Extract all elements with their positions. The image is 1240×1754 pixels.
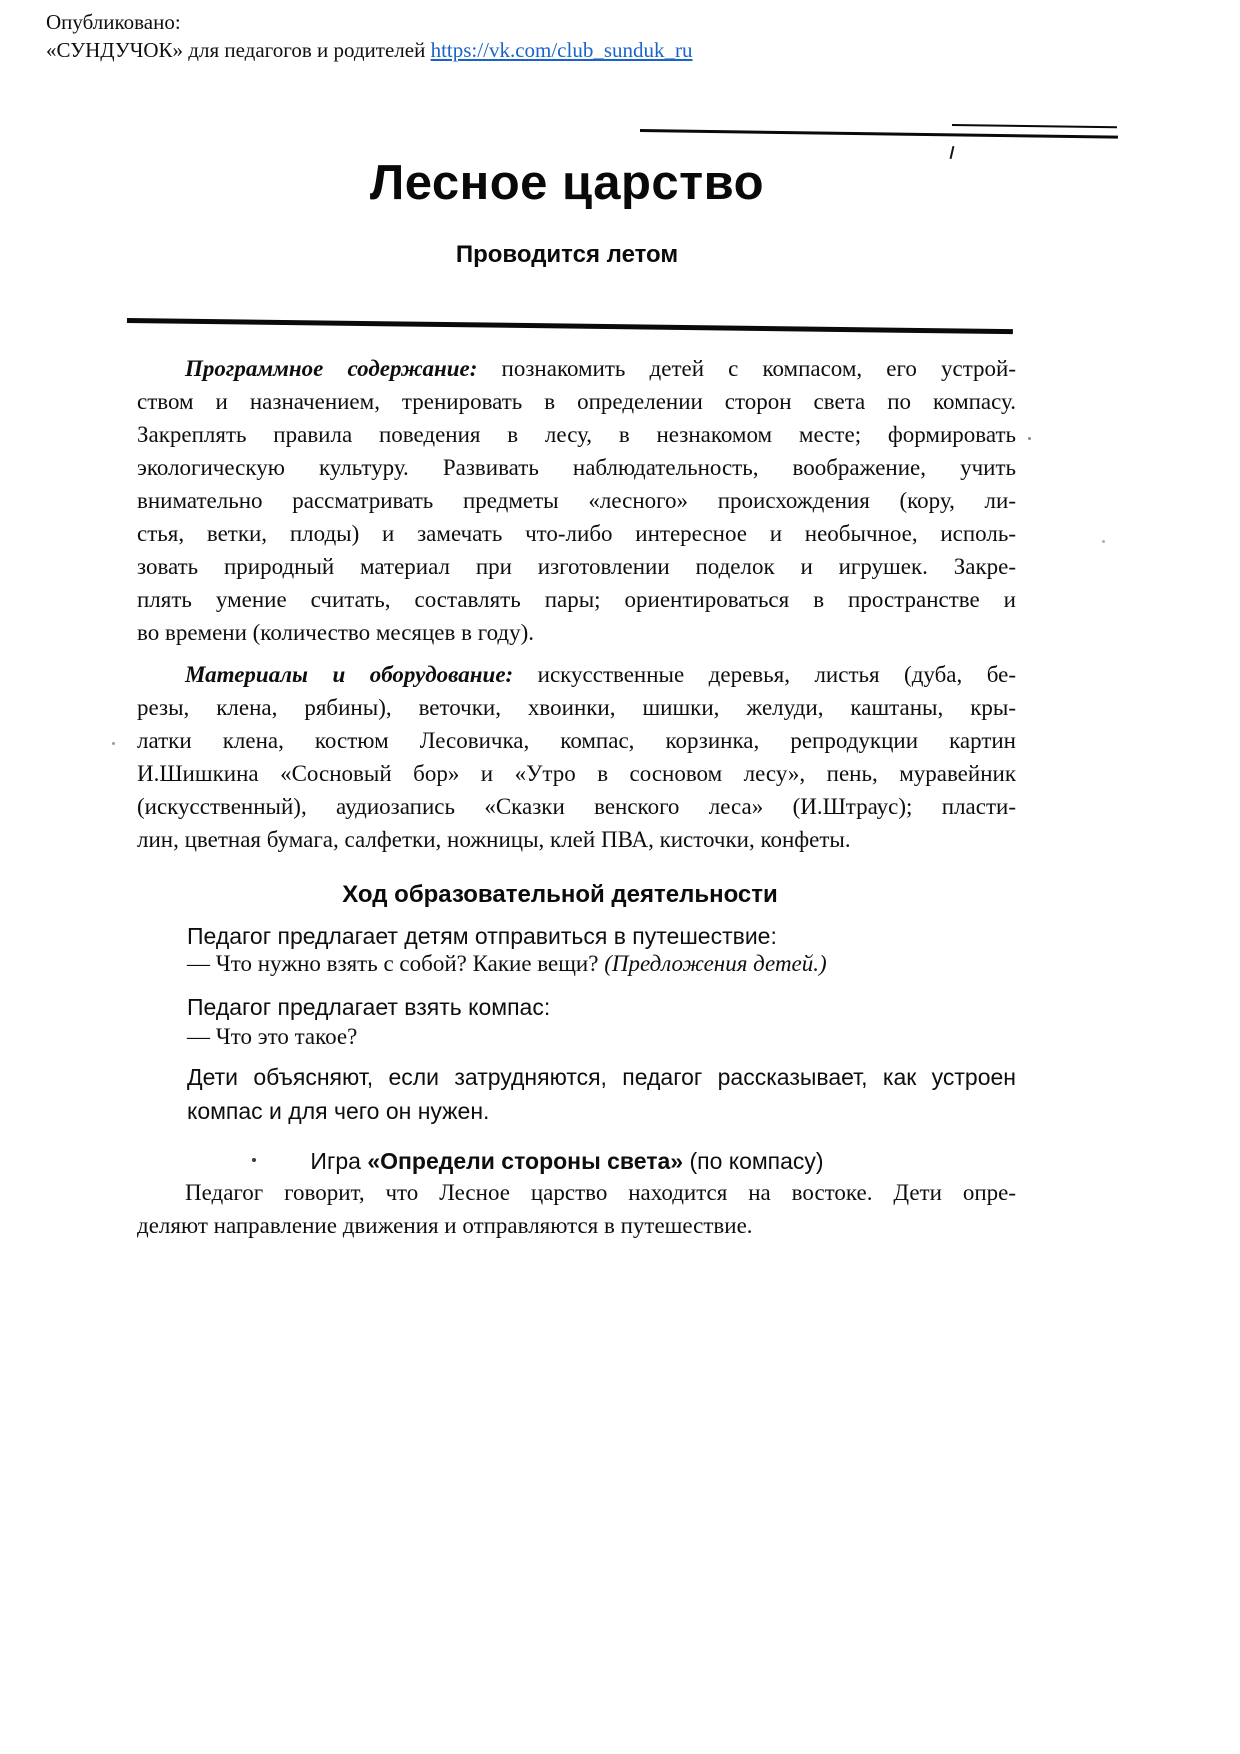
paragraph-line: деляют направление движения и отправляют… bbox=[137, 1209, 1016, 1242]
game-prefix: Игра bbox=[310, 1148, 367, 1174]
paragraph-line: зовать природный материал при изготовлен… bbox=[137, 550, 1016, 583]
paragraph-text: искусственные деревья, листья (дуба, бе- bbox=[513, 662, 1016, 687]
paragraph-line: компас и для чего он нужен. bbox=[187, 1094, 1016, 1128]
paragraph-line: плять умение считать, составлять пары; о… bbox=[137, 583, 1016, 616]
paragraph-line: внимательно рассматривать предметы «лесн… bbox=[137, 484, 1016, 517]
paragraph-line: Программное содержание: познакомить дете… bbox=[137, 352, 1016, 385]
dialog-question-line: — Что это такое? bbox=[187, 1022, 357, 1052]
paragraph-line: (искусственный), аудиозапись «Сказки вен… bbox=[137, 790, 1016, 823]
paragraph-line: резы, клена, рябины), веточки, хвоинки, … bbox=[137, 691, 1016, 724]
paragraph-line: экологическую культуру. Развивать наблюд… bbox=[137, 451, 1016, 484]
materials-lead: Материалы и оборудование: bbox=[185, 662, 513, 687]
game-name-bold: «Определи стороны света» bbox=[367, 1148, 683, 1174]
source-link[interactable]: https://vk.com/club_sunduk_ru bbox=[431, 38, 693, 62]
dialog-question-line: — Что нужно взять с собой? Какие вещи? (… bbox=[187, 949, 827, 979]
teacher-instruction-line: Педагог предлагает детям отправиться в п… bbox=[187, 921, 777, 951]
closing-paragraph: Педагог говорит, что Лесное царство нахо… bbox=[137, 1176, 1016, 1242]
scan-speck bbox=[1028, 437, 1031, 440]
teacher-instruction-line: Педагог предлагает взять компас: bbox=[187, 992, 550, 1022]
paragraph-line: латки клена, костюм Лесовичка, компас, к… bbox=[137, 724, 1016, 757]
page-title: Лесное царство bbox=[120, 153, 1014, 213]
page-subtitle: Проводится летом bbox=[120, 240, 1014, 270]
activity-heading: Ход образовательной деятельности bbox=[120, 881, 1000, 908]
explanation-paragraph: Дети объясняют, если затрудняются, педаг… bbox=[187, 1060, 1016, 1128]
scanned-document-page: Опубликовано: «СУНДУЧОК» для педагогов и… bbox=[0, 0, 1240, 1754]
paragraph-line: лин, цветная бумага, салфетки, ножницы, … bbox=[137, 823, 1016, 856]
paragraph-line: во времени (количество месяцев в году). bbox=[137, 616, 1016, 649]
paragraph-line: ством и назначением, тренировать в опред… bbox=[137, 385, 1016, 418]
materials-paragraph: Материалы и оборудование: искусственные … bbox=[137, 658, 1016, 856]
paragraph-line: Материалы и оборудование: искусственные … bbox=[137, 658, 1016, 691]
program-content-paragraph: Программное содержание: познакомить дете… bbox=[137, 352, 1016, 649]
paragraph-line: Закреплять правила поведения в лесу, в н… bbox=[137, 418, 1016, 451]
paragraph-text: познакомить детей с компасом, его устрой… bbox=[477, 356, 1016, 381]
program-content-lead: Программное содержание: bbox=[185, 356, 477, 381]
paragraph-line: Педагог говорит, что Лесное царство нахо… bbox=[137, 1176, 1016, 1209]
game-suffix: (по компасу) bbox=[683, 1148, 824, 1174]
published-label: Опубликовано: bbox=[46, 8, 693, 36]
paragraph-line: стья, ветки, плоды) и замечать что-либо … bbox=[137, 517, 1016, 550]
publication-header: Опубликовано: «СУНДУЧОК» для педагогов и… bbox=[46, 8, 693, 64]
question-text: — Что нужно взять с собой? Какие вещи? bbox=[187, 951, 604, 976]
question-note-italic: (Предложения детей.) bbox=[604, 951, 826, 976]
source-line: «СУНДУЧОК» для педагогов и родителей htt… bbox=[46, 36, 693, 64]
game-title-line: Игра «Определи стороны света» (по компас… bbox=[130, 1146, 1004, 1176]
scan-speck bbox=[112, 742, 115, 745]
paragraph-line: И.Шишкина «Сосновый бор» и «Утро в сосно… bbox=[137, 757, 1016, 790]
paragraph-line: Дети объясняют, если затрудняются, педаг… bbox=[187, 1060, 1016, 1094]
scan-speck bbox=[1102, 540, 1105, 543]
title-divider-rule bbox=[127, 318, 1013, 334]
source-prefix: «СУНДУЧОК» для педагогов и родителей bbox=[46, 38, 431, 62]
top-right-rule-double bbox=[952, 124, 1117, 128]
top-right-rule bbox=[640, 129, 1118, 139]
